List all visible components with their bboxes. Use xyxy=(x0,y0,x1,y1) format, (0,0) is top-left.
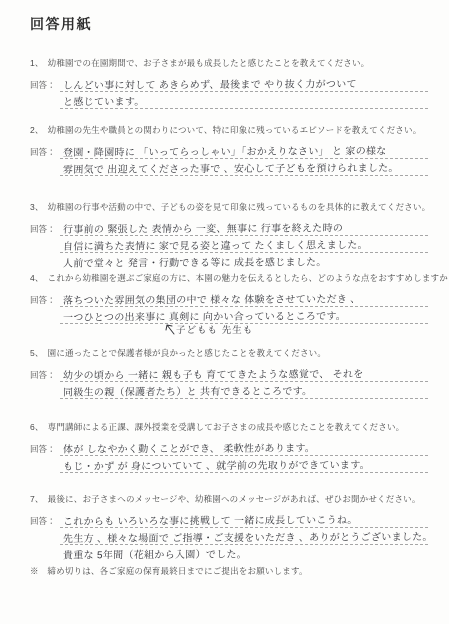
insertion-note-row: 子どもも 先生も xyxy=(60,324,428,340)
handwritten-answer: 人前で堂々と 発言・行動できる等に 成長を感じました。 xyxy=(60,255,327,269)
question-block-3: 3、幼稚園の行事や活動の中で、子どもの姿を見て印象に残っているものを具体的に教え… xyxy=(30,201,428,269)
answer-label: 回答： xyxy=(30,290,60,340)
handwritten-answer: 落ちついた雰囲気の集団の中で 様々な 体験をさせていただき 、 xyxy=(60,292,361,307)
answer-area: 回答： しんどい事に対して あきらめず、最後まで やり抜く力がついて と感じてい… xyxy=(30,75,428,109)
question-text: 4、これから幼稚園を選ぶご家庭の方に、本園の魅力を伝えるとしたら、どのような点を… xyxy=(30,272,428,284)
answer-rule-line: 自信に満ちた表情に 家で見る姿と違って たくましく思えました。 xyxy=(60,236,428,253)
answer-rule-line: 先生方 、様々な場面で ご指導・ご支援をいただき 、ありがとうございました。 xyxy=(60,528,428,545)
handwritten-answer: 先生方 、様々な場面で ご指導・ご支援をいただき 、ありがとうございました。 xyxy=(60,530,428,545)
answer-label: 回答： xyxy=(30,439,60,473)
handwritten-answer: これからも いろいろな事に挑戦して 一緒に成長していこうね。 xyxy=(60,513,358,528)
question-text: 1、幼稚園での在園期間で、お子さまが最も成長したと感じたことを教えてください。 xyxy=(30,57,428,69)
answer-rule-line: と感じています。 xyxy=(60,92,428,109)
answer-extra-line: 人前で堂々と 発言・行動できる等に 成長を感じました。 xyxy=(60,253,428,269)
answer-rule-line: しんどい事に対して あきらめず、最後まで やり抜く力がついて xyxy=(60,75,428,92)
question-block-1: 1、幼稚園での在園期間で、お子さまが最も成長したと感じたことを教えてください。 … xyxy=(30,57,428,109)
insertion-note: 子どもも 先生も xyxy=(176,324,254,338)
handwritten-answer: 貴重な 5年間（花組から入園）でした。 xyxy=(60,548,247,561)
question-text: 7、最後に、お子さまへのメッセージや、幼稚園へのメッセージがあれば、ぜひお聞かせ… xyxy=(30,493,428,505)
question-text: 6、専門講師による正課、課外授業を受講してお子さまの成長や感じたことを教えてくだ… xyxy=(30,421,428,433)
answer-rule-line: 幼少の頃から 一緒に 親も子も 育ててきたような感覚で、 それを xyxy=(60,365,428,382)
answer-rule-line: 落ちついた雰囲気の集団の中で 様々な 体験をさせていただき 、 xyxy=(60,290,428,307)
answer-area: 回答： これからも いろいろな事に挑戦して 一緒に成長していこうね。 先生方 、… xyxy=(30,511,428,561)
question-block-4: 4、これから幼稚園を選ぶご家庭の方に、本園の魅力を伝えるとしたら、どのような点を… xyxy=(30,272,428,340)
question-number: 7、 xyxy=(30,494,44,504)
answer-area: 回答： 体が しなやかく動くことができ、 柔軟性があります。 もじ・かず が 身… xyxy=(30,439,428,473)
question-text: 3、幼稚園の行事や活動の中で、子どもの姿を見て印象に残っているものを具体的に教え… xyxy=(30,201,428,213)
answer-sheet-page: 回答用紙 1、幼稚園での在園期間で、お子さまが最も成長したと感じたことを教えてく… xyxy=(0,0,449,624)
handwritten-answer: 登園・降園時に 「いってらっしゃい」「おかえりなさい」 と 家の様な xyxy=(60,144,387,159)
answer-rule-line: 登園・降園時に 「いってらっしゃい」「おかえりなさい」 と 家の様な xyxy=(60,142,428,159)
handwritten-answer: 雰囲気で 出迎えてくださった事で 、安心して子どもを預けられました。 xyxy=(60,161,399,176)
question-number: 2、 xyxy=(30,125,44,135)
handwritten-answer: 自信に満ちた表情に 家で見る姿と違って たくましく思えました。 xyxy=(60,238,368,253)
deadline-footnote: ※ 締め切りは、各ご家庭の保育最終日までにご提出をお願いします。 xyxy=(30,565,428,577)
answer-label: 回答： xyxy=(30,365,60,399)
answer-label: 回答： xyxy=(30,219,60,269)
handwritten-answer: もじ・かず が 身についていて 、就学前の先取りができています。 xyxy=(60,458,370,473)
answer-label: 回答： xyxy=(30,75,60,109)
answer-rule-line: 行事前の 緊張した 表情から 一変、無事に 行事を終えた時の xyxy=(60,219,428,236)
answer-area: 回答： 行事前の 緊張した 表情から 一変、無事に 行事を終えた時の 自信に満ち… xyxy=(30,219,428,269)
question-number: 4、 xyxy=(30,273,44,283)
answer-extra-line: 貴重な 5年間（花組から入園）でした。 xyxy=(60,545,428,561)
handwritten-answer: 幼少の頃から 一緒に 親も子も 育ててきたような感覚で、 それを xyxy=(60,367,364,382)
page-title: 回答用紙 xyxy=(30,14,428,32)
question-block-7: 7、最後に、お子さまへのメッセージや、幼稚園へのメッセージがあれば、ぜひお聞かせ… xyxy=(30,493,428,561)
answer-rule-line: これからも いろいろな事に挑戦して 一緒に成長していこうね。 xyxy=(60,511,428,528)
answer-area: 回答： 幼少の頃から 一緒に 親も子も 育ててきたような感覚で、 それを 同級生… xyxy=(30,365,428,399)
question-text: 2、幼稚園の先生や職員との関わりについて、特に印象に残っているエピソードを教えて… xyxy=(30,124,428,136)
answer-label: 回答： xyxy=(30,511,60,561)
question-block-2: 2、幼稚園の先生や職員との関わりについて、特に印象に残っているエピソードを教えて… xyxy=(30,124,428,176)
handwritten-answer: 同級生の親（保護者たち）と 共有できるところです。 xyxy=(60,384,313,399)
question-number: 5、 xyxy=(30,348,44,358)
answer-rule-line: 同級生の親（保護者たち）と 共有できるところです。 xyxy=(60,382,428,399)
handwritten-answer: 一つひとつの出来事に 真剣に 向かい合っているところです。 xyxy=(60,309,346,324)
question-number: 6、 xyxy=(30,422,44,432)
question-block-6: 6、専門講師による正課、課外授業を受講してお子さまの成長や感じたことを教えてくだ… xyxy=(30,421,428,473)
answer-rule-line: 体が しなやかく動くことができ、 柔軟性があります。 xyxy=(60,439,428,456)
handwritten-answer: しんどい事に対して あきらめず、最後まで やり抜く力がついて xyxy=(60,77,357,92)
question-number: 3、 xyxy=(30,202,44,212)
answer-label: 回答： xyxy=(30,142,60,176)
answer-area: 回答： 登園・降園時に 「いってらっしゃい」「おかえりなさい」 と 家の様な 雰… xyxy=(30,142,428,176)
handwritten-answer: 体が しなやかく動くことができ、 柔軟性があります。 xyxy=(60,441,315,456)
answer-area: 回答： 落ちついた雰囲気の集団の中で 様々な 体験をさせていただき 、 一つひと… xyxy=(30,290,428,340)
question-number: 1、 xyxy=(30,58,44,68)
question-text: 5、園に通ったことで保護者様が良かったと感じたことを教えてください。 xyxy=(30,347,428,359)
answer-rule-line: 雰囲気で 出迎えてくださった事で 、安心して子どもを預けられました。 xyxy=(60,159,428,176)
insertion-arrow-icon xyxy=(164,322,176,334)
handwritten-answer: と感じています。 xyxy=(60,95,145,109)
answer-rule-line: もじ・かず が 身についていて 、就学前の先取りができています。 xyxy=(60,456,428,473)
question-block-5: 5、園に通ったことで保護者様が良かったと感じたことを教えてください。 回答： 幼… xyxy=(30,347,428,399)
answer-rule-line: 一つひとつの出来事に 真剣に 向かい合っているところです。 xyxy=(60,307,428,324)
handwritten-answer: 行事前の 緊張した 表情から 一変、無事に 行事を終えた時の xyxy=(60,221,343,236)
